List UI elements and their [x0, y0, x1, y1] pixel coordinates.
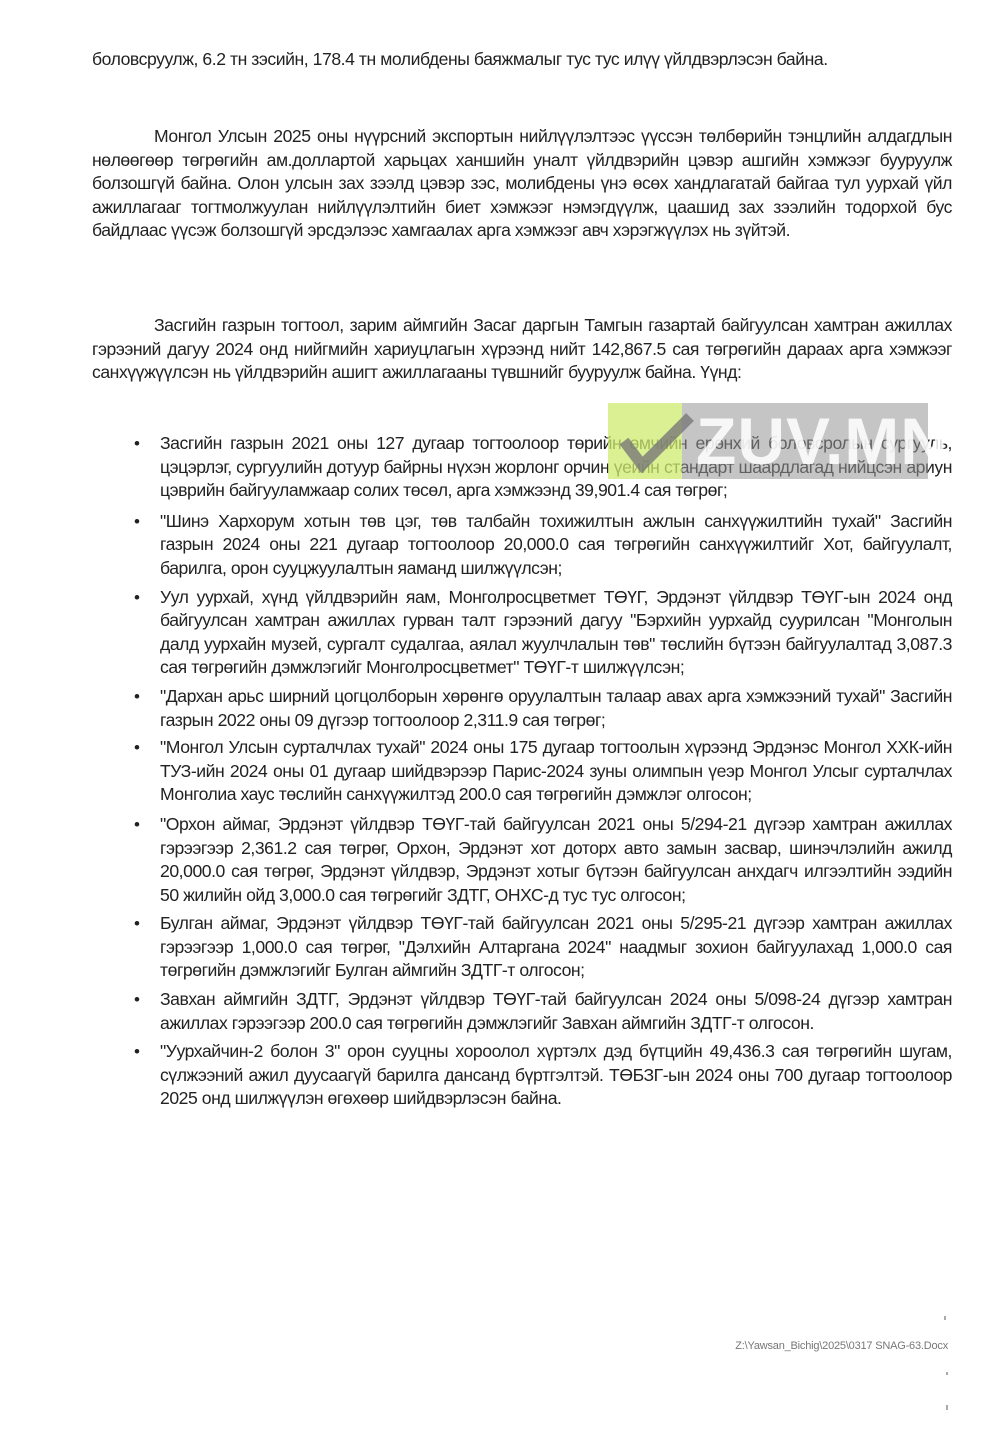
- list-item-text: Завхан аймгийн ЗДТГ, Эрдэнэт үйлдвэр ТӨҮ…: [160, 988, 952, 1035]
- list-item-text: Булган аймаг, Эрдэнэт үйлдвэр ТӨҮГ-тай б…: [160, 912, 952, 983]
- bullet-icon: •: [134, 813, 140, 837]
- bullet-icon: •: [134, 586, 140, 610]
- list-item: • "Монгол Улсын сурталчлах тухай" 2024 о…: [92, 736, 952, 807]
- list-item-text: "Орхон аймаг, Эрдэнэт үйлдвэр ТӨҮГ-тай б…: [160, 813, 952, 907]
- list-item-text: Засгийн газрын 2021 оны 127 дугаар тогто…: [160, 432, 952, 503]
- paragraph-continuation: боловсруулж, 6.2 тн зэсийн, 178.4 тн мол…: [92, 48, 952, 72]
- paragraph-exchange-rate-risk: Монгол Улсын 2025 оны нүүрсний экспортын…: [92, 125, 952, 243]
- list-item: • Завхан аймгийн ЗДТГ, Эрдэнэт үйлдвэр Т…: [92, 988, 952, 1035]
- paragraph-social-responsibility: Засгийн газрын тогтоол, зарим аймгийн За…: [92, 314, 952, 385]
- list-item: • "Уурхайчин-2 болон 3" орон сууцны хоро…: [92, 1040, 952, 1111]
- scan-speck: [946, 1405, 948, 1410]
- bullet-icon: •: [134, 432, 140, 456]
- file-path-footer: Z:\Yawsan_Bichig\2025\0317 SNAG-63.Docx: [735, 1340, 948, 1352]
- bullet-icon: •: [134, 988, 140, 1012]
- bullet-icon: •: [134, 510, 140, 534]
- list-item: • "Дархан арьс ширний цогцолборын хөрөнг…: [92, 685, 952, 732]
- bullet-icon: •: [134, 1040, 140, 1064]
- list-item-text: Уул уурхай, хүнд үйлдвэрийн яам, Монголр…: [160, 586, 952, 680]
- bullet-icon: •: [134, 912, 140, 936]
- bullet-icon: •: [134, 685, 140, 709]
- list-item: • Булган аймаг, Эрдэнэт үйлдвэр ТӨҮГ-тай…: [92, 912, 952, 983]
- list-item-text: "Шинэ Хархорум хотын төв цэг, төв талбай…: [160, 510, 952, 581]
- bullet-icon: •: [134, 736, 140, 760]
- scan-speck: [944, 1316, 946, 1320]
- list-item-text: "Дархан арьс ширний цогцолборын хөрөнгө …: [160, 685, 952, 732]
- bullet-list: • Засгийн газрын 2021 оны 127 дугаар тог…: [92, 432, 952, 1115]
- list-item-text: "Монгол Улсын сурталчлах тухай" 2024 оны…: [160, 736, 952, 807]
- list-item: • Уул уурхай, хүнд үйлдвэрийн яам, Монго…: [92, 586, 952, 680]
- document-page: боловсруулж, 6.2 тн зэсийн, 178.4 тн мол…: [0, 0, 1000, 1431]
- list-item: • Засгийн газрын 2021 оны 127 дугаар тог…: [92, 432, 952, 503]
- list-item: • "Шинэ Хархорум хотын төв цэг, төв талб…: [92, 510, 952, 581]
- scan-speck: [946, 1372, 948, 1375]
- list-item-text: "Уурхайчин-2 болон 3" орон сууцны хороол…: [160, 1040, 952, 1111]
- list-item: • "Орхон аймаг, Эрдэнэт үйлдвэр ТӨҮГ-тай…: [92, 813, 952, 907]
